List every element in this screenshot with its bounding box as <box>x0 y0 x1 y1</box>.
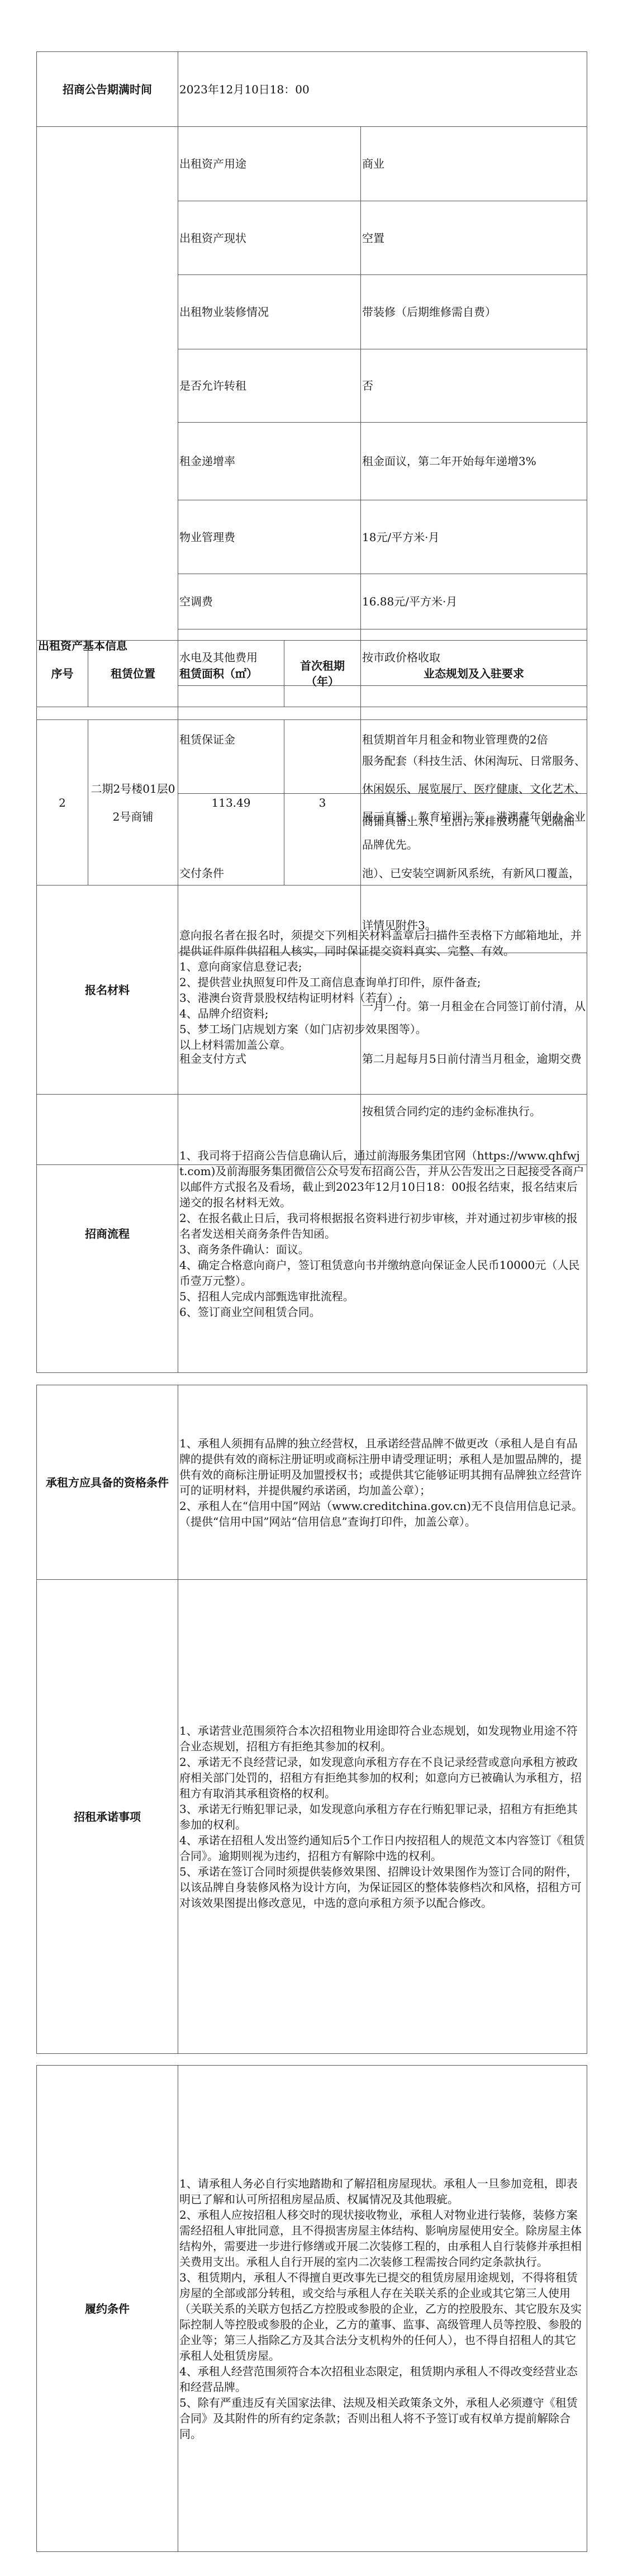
header-area: 租赁面积（㎡） <box>178 641 284 707</box>
performance-content: 1、请承租人务必自行实地踏勘和了解招租房屋现状。承租人一旦参加竞租，即表明已了解… <box>178 2066 587 2552</box>
registration-label: 报名材料 <box>37 885 178 1095</box>
qualification-item: 2、承租人在“信用中国”网站（www.creditchina.gov.cn)无不… <box>179 1498 586 1529</box>
qualification-item: 1、承租人须拥有品牌的独立经营权，且承诺经营品牌不做更改（承租人是自有品牌的提供… <box>179 1436 586 1498</box>
process-step: 1、我司将于招商公告信息确认后，通过前海服务集团官网（https://www.q… <box>179 1148 586 1210</box>
registration-item: 2、提供营业执照复印件及工商信息查询单打印件，原件备查; <box>179 974 586 990</box>
registration-item: 5、梦工场门店规划方案（如门店初步效果图等）。 <box>179 1021 586 1037</box>
registration-item: 4、品牌介绍资料; <box>179 1006 586 1021</box>
process-row: 招商流程 1、我司将于招商公告信息确认后，通过前海服务集团官网（https://… <box>37 1095 587 1373</box>
commitments-label: 招租承诺事项 <box>37 1580 178 2054</box>
performance-label: 履约条件 <box>37 2066 178 2552</box>
info-value: 租金面议，第二年开始每年递增3% <box>361 423 587 500</box>
info-label: 物业管理费 <box>178 500 361 574</box>
registration-content: 意向报名者在报名时，须提交下列相关材料盖章后扫描件至表格下方邮箱地址，并提供证件… <box>178 885 587 1095</box>
info-label: 空调费 <box>178 574 361 629</box>
qualifications-row: 承租方应具备的资格条件 1、承租人须拥有品牌的独立经营权，且承诺经营品牌不做更改… <box>37 1385 587 1580</box>
info-label: 出租物业装修情况 <box>178 275 361 349</box>
lease-data-table: 2 二期2号楼01层02号商铺 113.49 3 服务配套（科技生活、休闲淘玩、… <box>36 719 587 1373</box>
deadline-label: 招商公告期满时间 <box>37 52 178 127</box>
lease-row: 2 二期2号楼01层02号商铺 113.49 3 服务配套（科技生活、休闲淘玩、… <box>37 720 587 885</box>
performance-table: 履约条件 1、请承租人务必自行实地踏勘和了解招租房屋现状。承租人一旦参加竞租，即… <box>36 2065 587 2552</box>
process-step: 3、商务条件确认：面议。 <box>179 1242 586 1257</box>
header-location: 租赁位置 <box>88 641 178 707</box>
header-requirements: 业态规划及入驻要求 <box>361 641 587 707</box>
commitments-content: 1、承诺营业范围须符合本次招租物业用途即符合业态规划，如发现物业用途不符合业态规… <box>178 1580 587 2054</box>
lease-term: 3 <box>284 720 361 885</box>
info-row: 出租资产基本信息 出租资产用途 商业 <box>37 127 587 201</box>
lease-header-table: 序号 租赁位置 租赁面积（㎡） 首次租期 （年） 业态规划及入驻要求 <box>36 640 587 707</box>
header-no: 序号 <box>37 641 88 707</box>
header-term-line1: 首次租期 <box>286 658 359 674</box>
performance-row: 履约条件 1、请承租人务必自行实地踏勘和了解招租房屋现状。承租人一旦参加竞租，即… <box>37 2066 587 2552</box>
performance-item: 4、承租人经营范围须符合本次招租业态限定，租赁期内承租人不得改变经营业态和经营品… <box>179 2364 586 2395</box>
info-value: 18元/平方米·月 <box>361 500 587 574</box>
info-value: 空置 <box>361 201 587 275</box>
deadline-value: 2023年12月10日18：00 <box>178 52 587 127</box>
commitment-item: 1、承诺营业范围须符合本次招租物业用途即符合业态规划，如发现物业用途不符合业态规… <box>179 1723 586 1754</box>
performance-item: 2、承租人应按招租人移交时的现状接收物业，承租人对物业进行装修，装修方案需经招租… <box>179 2207 586 2270</box>
lease-no: 2 <box>37 720 88 885</box>
info-value: 带装修（后期维修需自费） <box>361 275 587 349</box>
lease-header-row: 序号 租赁位置 租赁面积（㎡） 首次租期 （年） 业态规划及入驻要求 <box>37 641 587 707</box>
lease-location: 二期2号楼01层02号商铺 <box>88 720 178 885</box>
performance-item: 3、租赁期内，承租人不得擅自更改事先已提交的租赁房屋用途规划，不得将租赁房屋的全… <box>179 2270 586 2364</box>
process-label: 招商流程 <box>37 1095 178 1373</box>
process-step: 4、确定合格意向商户，签订租赁意向书并缴纳意向保证金人民币10000元（人民币壹… <box>179 1257 586 1289</box>
process-content: 1、我司将于招商公告信息确认后，通过前海服务集团官网（https://www.q… <box>178 1095 587 1373</box>
deadline-row: 招商公告期满时间 2023年12月10日18：00 <box>37 52 587 127</box>
lease-requirements: 服务配套（科技生活、休闲淘玩、日常服务、休闲娱乐、展览展厅、医疗健康、文化艺术、… <box>361 720 587 885</box>
qualifications-content: 1、承租人须拥有品牌的独立经营权，且承诺经营品牌不做更改（承租人是自有品牌的提供… <box>178 1385 587 1580</box>
commitment-item: 4、承诺在招租人发出签约通知后5个工作日内按招租人的规范文本内容签订《租赁合同》… <box>179 1832 586 1864</box>
header-term-line2: （年） <box>286 674 359 689</box>
info-value: 商业 <box>361 127 587 201</box>
commitment-item: 5、承诺在签订合同时须提供装修效果图、招牌设计效果图作为签订合同的附件，以该品牌… <box>179 1864 586 1911</box>
qualifications-label: 承租方应具备的资格条件 <box>37 1385 178 1580</box>
registration-row: 报名材料 意向报名者在报名时，须提交下列相关材料盖章后扫描件至表格下方邮箱地址，… <box>37 885 587 1095</box>
performance-item: 1、请承租人务必自行实地踏勘和了解招租房屋现状。承租人一旦参加竞租，即表明已了解… <box>179 2176 586 2207</box>
commitments-row: 招租承诺事项 1、承诺营业范围须符合本次招租物业用途即符合业态规划，如发现物业用… <box>37 1580 587 2054</box>
info-value: 16.88元/平方米·月 <box>361 574 587 629</box>
info-value: 否 <box>361 349 587 423</box>
process-step: 5、招租人完成内部甄选审批流程。 <box>179 1289 586 1304</box>
header-term: 首次租期 （年） <box>284 641 361 707</box>
performance-item: 5、除有严重违反有关国家法律、法规及相关政策条文外，承租人必须遵守《租赁合同》及… <box>179 2395 586 2442</box>
info-label: 租金递增率 <box>178 423 361 500</box>
registration-paragraph: 意向报名者在报名时，须提交下列相关材料盖章后扫描件至表格下方邮箱地址，并提供证件… <box>179 927 586 959</box>
info-label: 出租资产用途 <box>178 127 361 201</box>
registration-note: 以上材料需加盖公章。 <box>179 1037 586 1053</box>
registration-item: 3、港澳台资背景股权结构证明材料（若有）; <box>179 990 586 1006</box>
qualifications-table: 承租方应具备的资格条件 1、承租人须拥有品牌的独立经营权，且承诺经营品牌不做更改… <box>36 1385 587 2054</box>
process-step: 6、签订商业空间租赁合同。 <box>179 1304 586 1320</box>
commitment-item: 2、承诺无不良经营记录，如发现意向承租方存在不良记录经营或意向承租方被政府相关部… <box>179 1754 586 1801</box>
process-step: 2、在报名截止日后，我司将根据报名资料进行初步审核，并对通过初步审核的报名者发送… <box>179 1210 586 1242</box>
info-label: 是否允许转租 <box>178 349 361 423</box>
registration-item: 1、意向商家信息登记表; <box>179 959 586 974</box>
info-label: 出租资产现状 <box>178 201 361 275</box>
lease-area: 113.49 <box>178 720 284 885</box>
commitment-item: 3、承诺无行贿犯罪记录，如发现意向承租方存在行贿犯罪记录，招租方有拒绝其参加的权… <box>179 1801 586 1832</box>
